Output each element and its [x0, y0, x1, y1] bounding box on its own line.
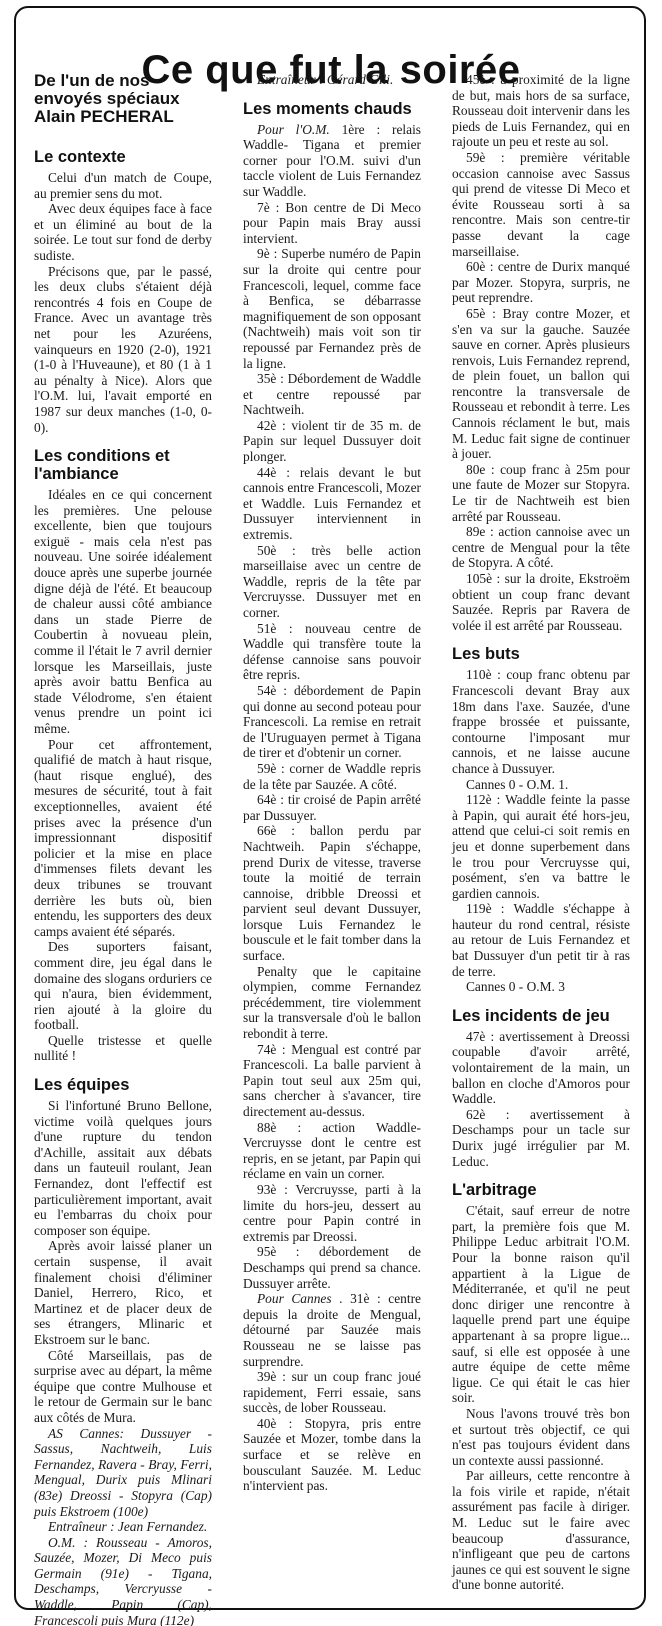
paragraph: 62è : avertissement à Deschamps pour un … [452, 1107, 630, 1169]
event: 42è : violent tir de 35 m. de Papin sur … [243, 418, 421, 465]
score: Cannes 0 - O.M. 1. [452, 777, 630, 793]
paragraph-cannes-first: Pour Cannes . 31è : centre depuis la dro… [243, 1291, 421, 1369]
column-3: 45è : à proximité de la ligne de but, ma… [452, 72, 630, 1593]
event: 93è : Vercruysse, parti à la limite du h… [243, 1182, 421, 1244]
event: 74è : Mengual est contré par Francescoli… [243, 1042, 421, 1120]
paragraph: Précisons que, par le passé, les deux cl… [34, 264, 212, 436]
event: 40è : Stopyra, pris entre Sauzée et Moze… [243, 1416, 421, 1494]
heading-equipes: Les équipes [34, 1076, 212, 1094]
score: Cannes 0 - O.M. 3 [452, 979, 630, 995]
heading-buts: Les buts [452, 645, 630, 663]
om-label: Pour l'O.M. [257, 122, 330, 137]
event: 39è : sur un coup franc joué rapidement,… [243, 1369, 421, 1416]
event: 64è : tir croisé de Papin arrêté par Dus… [243, 792, 421, 823]
column-1: De l'un de nos envoyés spéciaux Alain PE… [34, 72, 212, 1626]
event: 66è : ballon perdu par Nachtweih. Papin … [243, 823, 421, 963]
lineup-om: O.M. : Rousseau - Amoros, Sauzée, Mozer,… [34, 1535, 212, 1626]
event: Penalty que le capitaine olympien, comme… [243, 964, 421, 1042]
event: 9è : Superbe numéro de Papin sur la droi… [243, 246, 421, 371]
event: 51è : nouveau centre de Waddle qui trans… [243, 621, 421, 683]
paragraph: Pour cet affrontement, qualifié de match… [34, 737, 212, 940]
paragraph-om-first: Pour l'O.M. 1ère : relais Waddle- Tigana… [243, 122, 421, 200]
paragraph: Nous l'avons trouvé très bon et surtout … [452, 1406, 630, 1468]
event: 59è : corner de Waddle repris de la tête… [243, 761, 421, 792]
paragraph: Celui d'un match de Coupe, au premier se… [34, 170, 212, 201]
event: 44è : relais devant le but cannois entre… [243, 465, 421, 543]
heading-contexte: Le contexte [34, 148, 212, 166]
heading-incidents: Les incidents de jeu [452, 1007, 630, 1025]
coach-om: Entraîneur : Gérard Gili. [243, 72, 421, 88]
paragraph: Quelle tristesse et quelle nullité ! [34, 1033, 212, 1064]
heading-arbitrage: L'arbitrage [452, 1181, 630, 1199]
event: 80e : coup franc à 25m pour une faute de… [452, 462, 630, 524]
event: 65è : Bray contre Mozer, et s'en va sur … [452, 306, 630, 462]
event: 45è : à proximité de la ligne de but, ma… [452, 72, 630, 150]
event: 89e : action cannoise avec un centre de … [452, 524, 630, 571]
event: 7è : Bon centre de Di Meco pour Papin ma… [243, 200, 421, 247]
paragraph: Après avoir laissé planer un certain sus… [34, 1238, 212, 1347]
column-2: Entraîneur : Gérard Gili. Les moments ch… [243, 72, 421, 1494]
paragraph: Des suporters faisant, comment dire, jeu… [34, 939, 212, 1033]
coach-cannes: Entraîneur : Jean Fernandez. [34, 1519, 212, 1535]
lineup-cannes: AS Cannes: Dussuyer - Sassus, Nachtweih,… [34, 1426, 212, 1520]
paragraph: Côté Marseillais, pas de surprise avec a… [34, 1348, 212, 1426]
heading-moments: Les moments chauds [243, 100, 421, 118]
heading-conditions: Les conditions et l'ambiance [34, 447, 212, 483]
paragraph: C'était, sauf erreur de notre part, la p… [452, 1203, 630, 1406]
paragraph: 47è : avertissement à Dreossi coupable d… [452, 1029, 630, 1107]
paragraph: Avec deux équipes face à face et un élim… [34, 201, 212, 263]
event: 105è : sur la droite, Ekstroëm obtient u… [452, 571, 630, 633]
event: 59è : première véritable occasion cannoi… [452, 150, 630, 259]
event: 60è : centre de Durix manqué par Mozer. … [452, 259, 630, 306]
event: 50è : très belle action marseillaise ave… [243, 543, 421, 621]
paragraph: Idéales en ce qui concernent les premièr… [34, 487, 212, 737]
event: 95è : débordement de Deschamps qui prend… [243, 1244, 421, 1291]
event: 88è : action Waddle-Vercruysse dont le c… [243, 1120, 421, 1182]
paragraph: 110è : coup franc obtenu par Francescoli… [452, 667, 630, 776]
paragraph: 112è : Waddle feinte la passe à Papin, q… [452, 792, 630, 901]
cannes-label: Pour Cannes [257, 1291, 332, 1306]
paragraph: 119è : Waddle s'échappe à hauteur du ron… [452, 901, 630, 979]
event: 35è : Débordement de Waddle et centre re… [243, 371, 421, 418]
byline: De l'un de nos envoyés spéciaux Alain PE… [34, 72, 212, 126]
event: 54è : débordement de Papin qui donne au … [243, 683, 421, 761]
paragraph: Si l'infortuné Bruno Bellone, victime vo… [34, 1098, 212, 1238]
paragraph: Par ailleurs, cette rencontre à la fois … [452, 1468, 630, 1593]
